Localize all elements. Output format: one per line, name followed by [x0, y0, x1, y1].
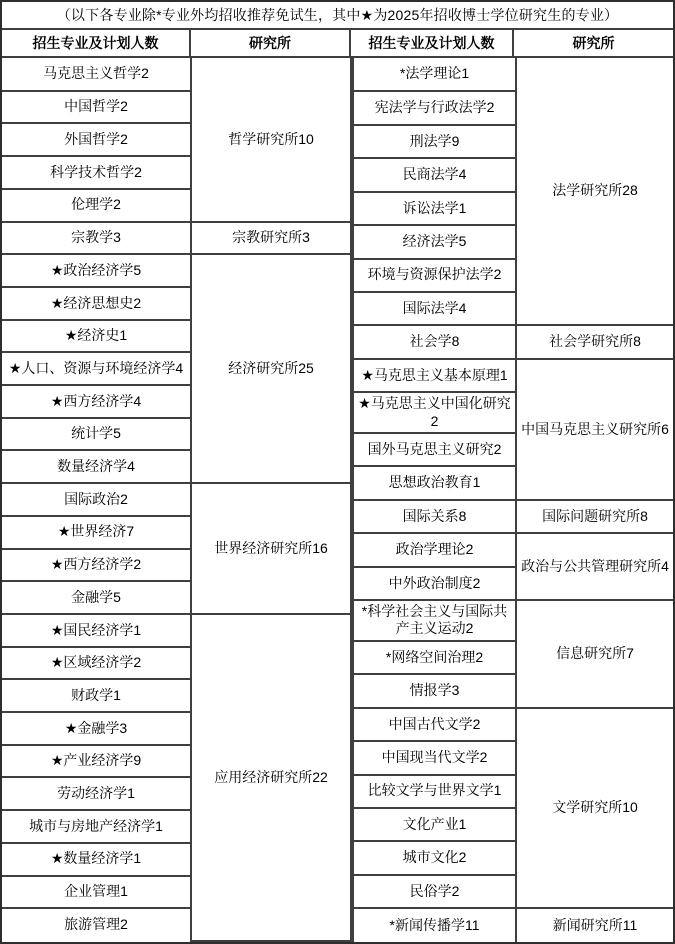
table-row: 社会学8社会学研究所8 — [353, 325, 673, 358]
right-major-cell: *网络空间治理2 — [353, 641, 516, 674]
header-major-left: 招生专业及计划人数 — [2, 30, 191, 56]
right-major-cell: 诉讼法学1 — [353, 192, 516, 225]
left-major-cell: 金融学5 — [2, 581, 191, 614]
table-row: ★马克思主义基本原理1中国马克思主义研究所6 — [353, 359, 673, 392]
right-major-cell: ★马克思主义基本原理1 — [353, 359, 516, 392]
right-institute-cell: 文学研究所10 — [516, 708, 673, 909]
left-major-cell: 伦理学2 — [2, 189, 191, 222]
right-major-cell: 情报学3 — [353, 674, 516, 707]
left-major-cell: 企业管理1 — [2, 876, 191, 909]
table-title: （以下各专业除*专业外均招收推荐免试生，其中★为2025年招收博士学位研究生的专… — [2, 2, 673, 30]
right-major-cell: 民俗学2 — [353, 875, 516, 908]
right-major-cell: ★马克思主义中国化研究2 — [353, 392, 516, 433]
left-institute-cell: 应用经济研究所22 — [191, 614, 351, 941]
left-major-cell: ★世界经济7 — [2, 516, 191, 549]
table-row: 中国古代文学2文学研究所10 — [353, 708, 673, 741]
table-row: ★政治经济学5经济研究所25 — [2, 254, 351, 287]
left-major-cell: ★经济思想史2 — [2, 287, 191, 320]
table-header: 招生专业及计划人数 研究所 招生专业及计划人数 研究所 — [2, 30, 673, 58]
left-major-cell: ★人口、资源与环境经济学4 — [2, 352, 191, 385]
right-major-cell: 经济法学5 — [353, 225, 516, 258]
table-row: *新闻传播学11新闻研究所11 — [353, 908, 673, 942]
table-row: 国际政治2世界经济研究所16 — [2, 483, 351, 516]
right-institute-cell: 法学研究所28 — [516, 58, 673, 325]
table-row: *科学社会主义与国际共产主义运动2信息研究所7 — [353, 600, 673, 641]
left-major-cell: ★西方经济学2 — [2, 549, 191, 582]
right-institute-cell: 国际问题研究所8 — [516, 500, 673, 533]
left-major-cell: 中国哲学2 — [2, 91, 191, 124]
header-major-right: 招生专业及计划人数 — [351, 30, 514, 56]
left-major-cell: 外国哲学2 — [2, 123, 191, 156]
table-row: 马克思主义哲学2哲学研究所10 — [2, 58, 351, 91]
left-major-cell: ★金融学3 — [2, 712, 191, 745]
left-major-cell: 宗教学3 — [2, 222, 191, 255]
left-major-cell: ★西方经济学4 — [2, 385, 191, 418]
right-institute-cell: 新闻研究所11 — [516, 908, 673, 942]
right-major-cell: 中外政治制度2 — [353, 567, 516, 600]
right-major-cell: 国外马克思主义研究2 — [353, 433, 516, 466]
table-row: 国际关系8国际问题研究所8 — [353, 500, 673, 533]
right-major-cell: 民商法学4 — [353, 158, 516, 191]
right-major-cell: 国际法学4 — [353, 292, 516, 325]
right-major-cell: *法学理论1 — [353, 58, 516, 91]
right-major-cell: 中国现当代文学2 — [353, 741, 516, 774]
right-major-cell: 城市文化2 — [353, 841, 516, 874]
left-half-table: 马克思主义哲学2哲学研究所10中国哲学2外国哲学2科学技术哲学2伦理学2宗教学3… — [2, 58, 352, 942]
right-major-cell: 国际关系8 — [353, 500, 516, 533]
right-institute-cell: 中国马克思主义研究所6 — [516, 359, 673, 500]
right-major-cell: 比较文学与世界文学1 — [353, 775, 516, 808]
right-institute-cell: 信息研究所7 — [516, 600, 673, 708]
table-body: 马克思主义哲学2哲学研究所10中国哲学2外国哲学2科学技术哲学2伦理学2宗教学3… — [2, 58, 673, 942]
left-institute-cell: 宗教研究所3 — [191, 222, 351, 255]
left-major-cell: ★数量经济学1 — [2, 843, 191, 876]
table-row: *法学理论1法学研究所28 — [353, 58, 673, 91]
left-institute-cell: 经济研究所25 — [191, 254, 351, 483]
right-major-cell: *新闻传播学11 — [353, 908, 516, 942]
right-institute-cell: 政治与公共管理研究所4 — [516, 533, 673, 600]
left-major-cell: ★经济史1 — [2, 320, 191, 353]
right-major-cell: 政治学理论2 — [353, 533, 516, 566]
header-institute-right: 研究所 — [514, 30, 673, 56]
table-row: ★国民经济学1应用经济研究所22 — [2, 614, 351, 647]
right-institute-cell: 社会学研究所8 — [516, 325, 673, 358]
left-major-cell: 马克思主义哲学2 — [2, 58, 191, 91]
admissions-plan-table: （以下各专业除*专业外均招收推荐免试生，其中★为2025年招收博士学位研究生的专… — [0, 0, 675, 944]
left-major-cell: 城市与房地产经济学1 — [2, 810, 191, 843]
left-major-cell: ★政治经济学5 — [2, 254, 191, 287]
left-major-cell: 劳动经济学1 — [2, 777, 191, 810]
table-row: 宗教学3宗教研究所3 — [2, 222, 351, 255]
right-major-cell: 刑法学9 — [353, 125, 516, 158]
right-major-cell: *科学社会主义与国际共产主义运动2 — [353, 600, 516, 641]
right-major-cell: 宪法学与行政法学2 — [353, 91, 516, 124]
left-major-cell: ★国民经济学1 — [2, 614, 191, 647]
left-major-cell: 旅游管理2 — [2, 908, 191, 941]
right-major-cell: 文化产业1 — [353, 808, 516, 841]
left-major-cell: ★区域经济学2 — [2, 647, 191, 680]
left-major-cell: 数量经济学4 — [2, 450, 191, 483]
table-row: 政治学理论2政治与公共管理研究所4 — [353, 533, 673, 566]
left-major-cell: 财政学1 — [2, 679, 191, 712]
left-institute-cell: 哲学研究所10 — [191, 58, 351, 222]
right-major-cell: 社会学8 — [353, 325, 516, 358]
right-major-cell: 思想政治教育1 — [353, 466, 516, 499]
left-major-cell: 统计学5 — [2, 418, 191, 451]
right-half-table: *法学理论1法学研究所28宪法学与行政法学2刑法学9民商法学4诉讼法学1经济法学… — [352, 58, 673, 942]
right-major-cell: 环境与资源保护法学2 — [353, 259, 516, 292]
header-institute-left: 研究所 — [191, 30, 351, 56]
right-major-cell: 中国古代文学2 — [353, 708, 516, 741]
left-major-cell: 国际政治2 — [2, 483, 191, 516]
left-institute-cell: 世界经济研究所16 — [191, 483, 351, 614]
left-major-cell: ★产业经济学9 — [2, 745, 191, 778]
left-major-cell: 科学技术哲学2 — [2, 156, 191, 189]
